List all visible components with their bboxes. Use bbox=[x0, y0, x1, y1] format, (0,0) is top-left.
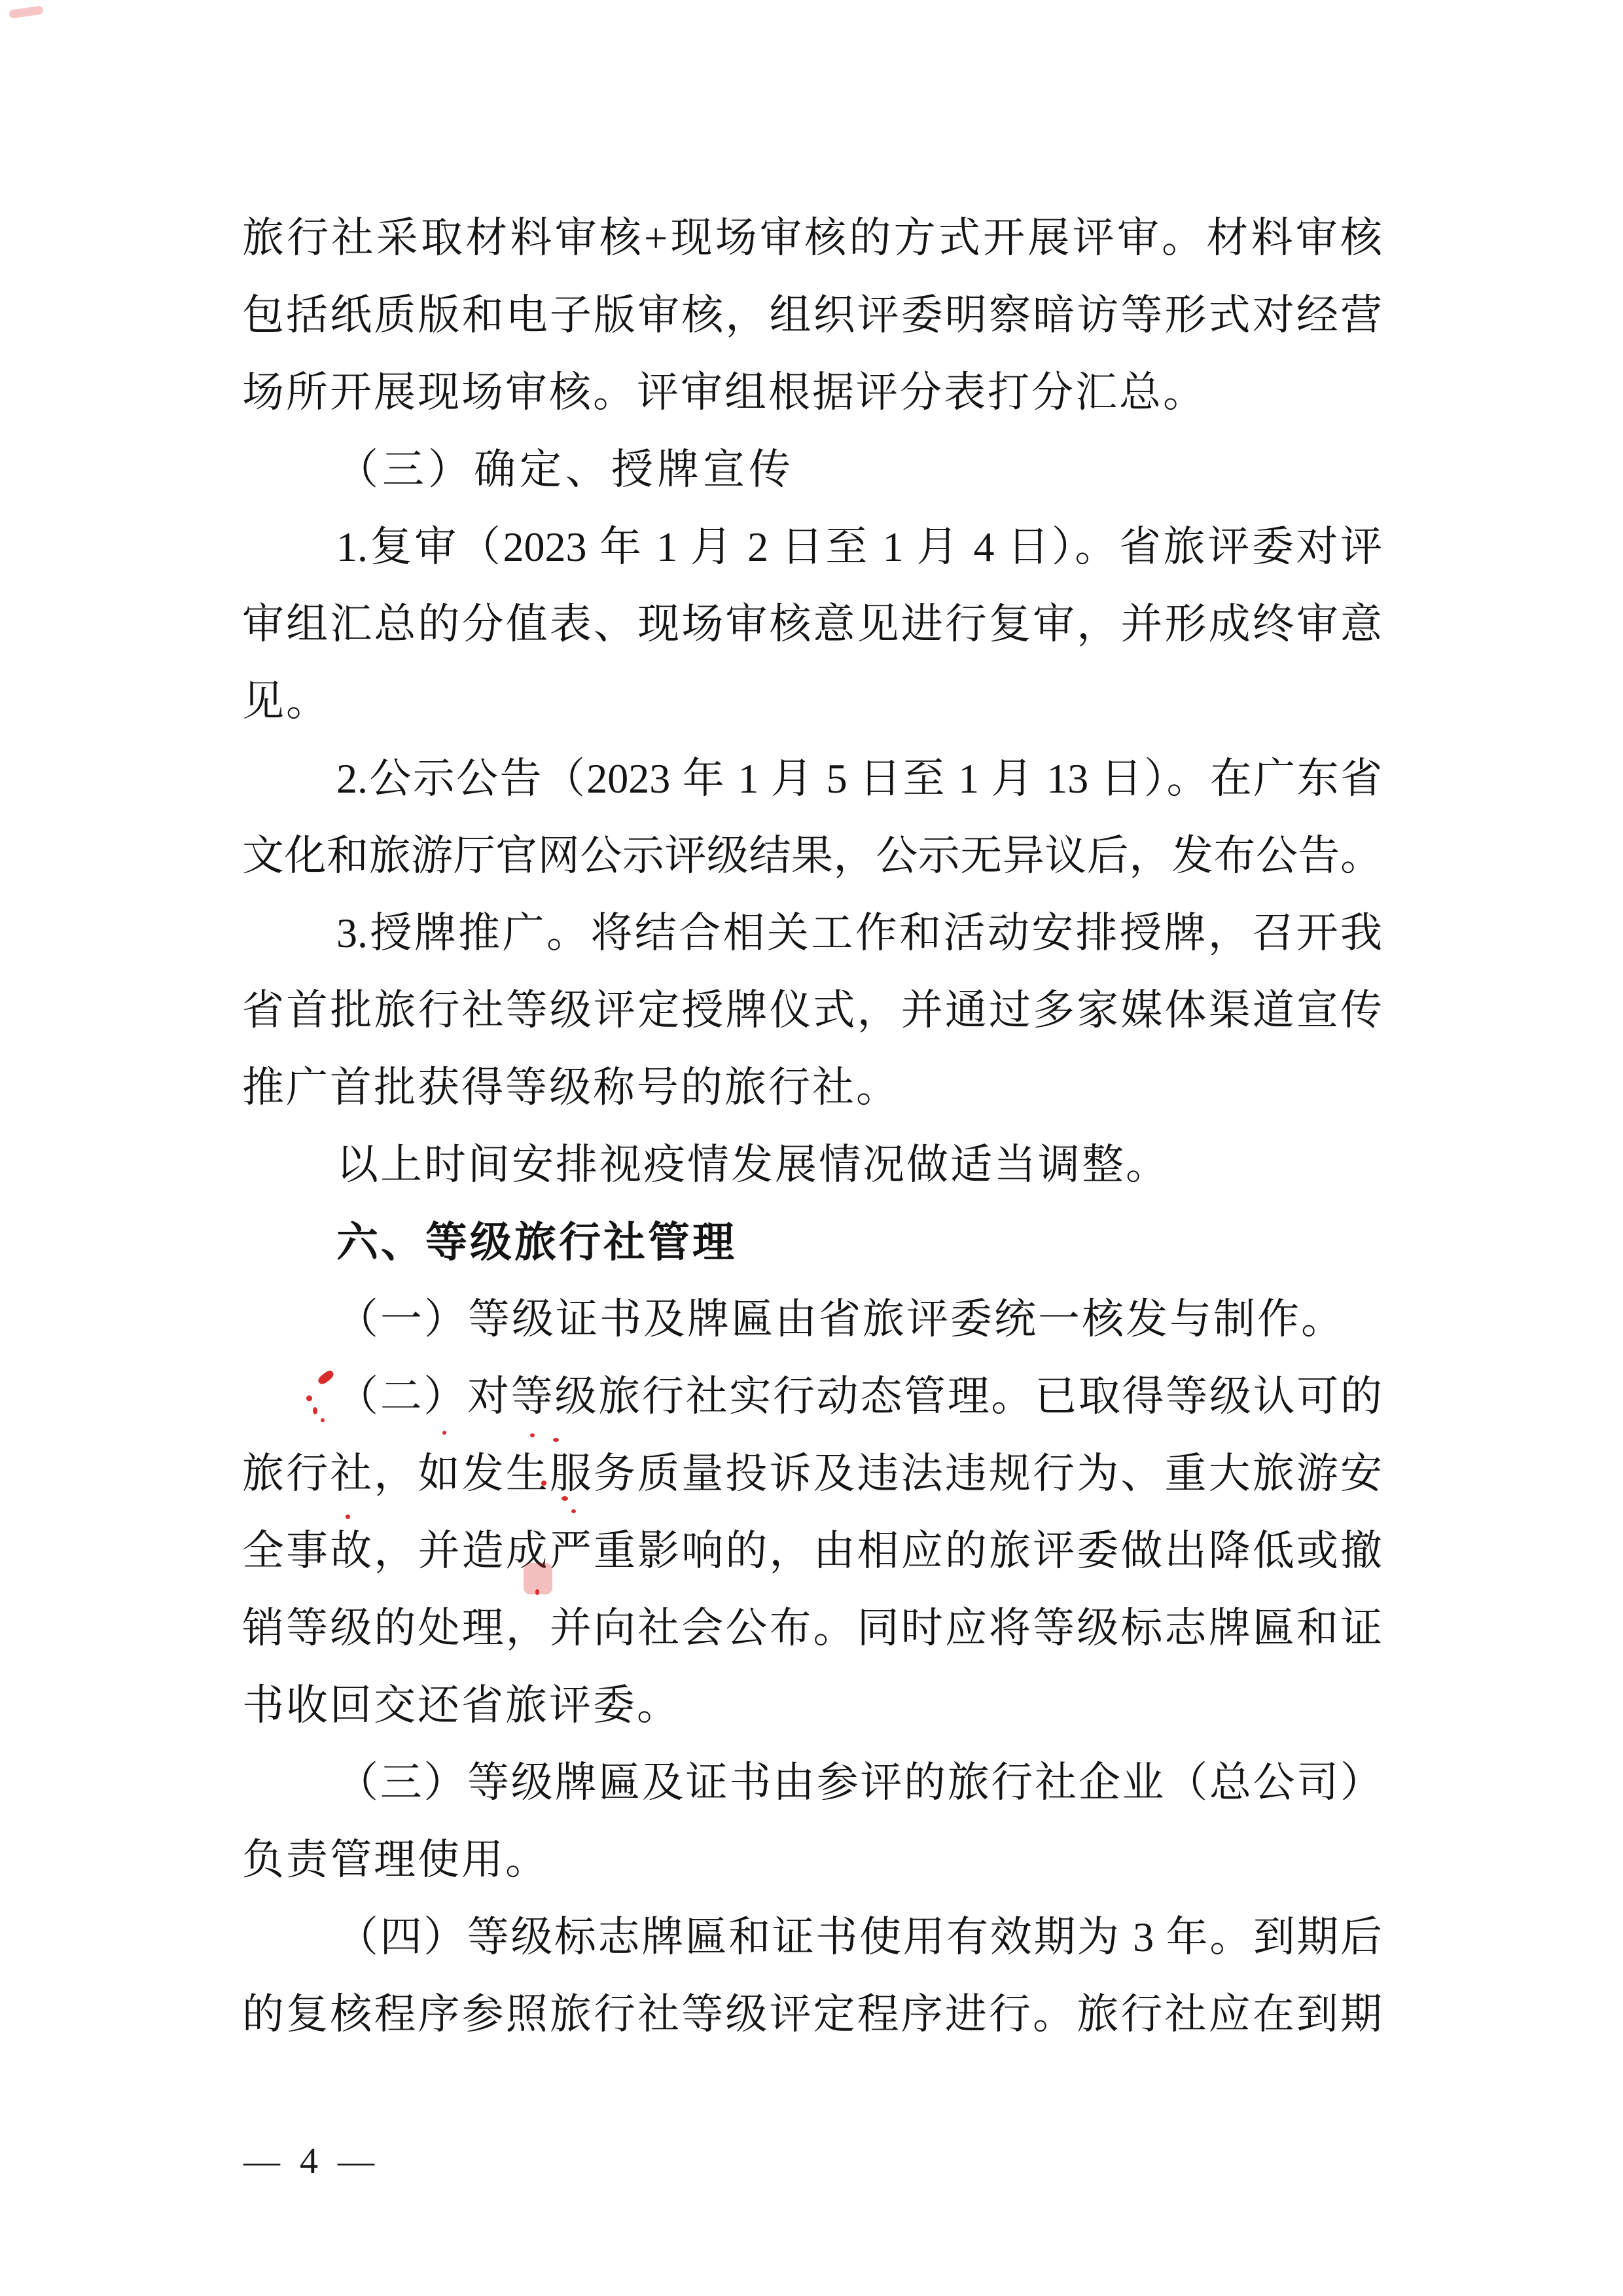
faint-ink-smudge bbox=[9, 5, 43, 18]
text-line: 旅行社，如发生服务质量投诉及违法违规行为、重大旅游安 bbox=[242, 1435, 1382, 1513]
text-line: （三）等级牌匾及证书由参评的旅行社企业（总公司） bbox=[242, 1744, 1382, 1821]
red-ink-speck bbox=[346, 1515, 350, 1519]
red-ink-speck bbox=[321, 1418, 325, 1422]
text-line: （一）等级证书及牌匾由省旅评委统一核发与制作。 bbox=[242, 1281, 1382, 1358]
text-line: 以上时间安排视疫情发展情况做适当调整。 bbox=[242, 1126, 1382, 1204]
text-line: 销等级的处理，并向社会公布。同时应将等级标志牌匾和证 bbox=[242, 1590, 1382, 1667]
text-line: 3.授牌推广。将结合相关工作和活动安排授牌，召开我 bbox=[242, 895, 1382, 972]
text-line: 包括纸质版和电子版审核，组织评委明察暗访等形式对经营 bbox=[242, 277, 1382, 354]
text-line: （四）等级标志牌匾和证书使用有效期为 3 年。到期后 bbox=[242, 1899, 1382, 1976]
text-line: 推广首批获得等级称号的旅行社。 bbox=[242, 1049, 1382, 1126]
text-line: 书收回交还省旅评委。 bbox=[242, 1667, 1382, 1744]
document-body: 旅行社采取材料审核+现场审核的方式开展评审。材料审核 包括纸质版和电子版审核，组… bbox=[242, 200, 1382, 2053]
text-line: 的复核程序参照旅行社等级评定程序进行。旅行社应在到期 bbox=[242, 1976, 1382, 2053]
text-line: 场所开展现场审核。评审组根据评分表打分汇总。 bbox=[242, 354, 1382, 431]
red-ink-speck bbox=[553, 1438, 559, 1442]
text-line: 审组汇总的分值表、现场审核意见进行复审，并形成终审意 bbox=[242, 586, 1382, 663]
page-number: — 4 — bbox=[243, 2142, 380, 2181]
red-ink-speck bbox=[562, 1496, 568, 1501]
text-line: （二）对等级旅行社实行动态管理。已取得等级认可的 bbox=[242, 1358, 1382, 1435]
red-ink-speck bbox=[535, 1589, 539, 1595]
text-line: 文化和旅游厅官网公示评级结果，公示无异议后，发布公告。 bbox=[242, 817, 1382, 895]
text-line: 全事故，并造成严重影响的，由相应的旅评委做出降低或撤 bbox=[242, 1513, 1382, 1590]
red-ink-speck bbox=[541, 1480, 546, 1486]
red-ink-speck bbox=[306, 1395, 312, 1401]
chapter-heading-6: 六、等级旅行社管理 bbox=[242, 1204, 1382, 1281]
red-ink-speck bbox=[313, 1407, 317, 1414]
red-ink-speck bbox=[571, 1509, 576, 1513]
text-line: 旅行社采取材料审核+现场审核的方式开展评审。材料审核 bbox=[242, 200, 1382, 277]
red-ink-speck bbox=[530, 1433, 535, 1437]
text-line: 2.公示公告（2023 年 1 月 5 日至 1 月 13 日）。在广东省 bbox=[242, 740, 1382, 817]
text-line: 负责管理使用。 bbox=[242, 1821, 1382, 1899]
text-line: 1.复审（2023 年 1 月 2 日至 1 月 4 日）。省旅评委对评 bbox=[242, 509, 1382, 586]
section-heading-3: （三）确定、授牌宣传 bbox=[242, 431, 1382, 509]
scanned-document-page: 旅行社采取材料审核+现场审核的方式开展评审。材料审核 包括纸质版和电子版审核，组… bbox=[0, 0, 1623, 2296]
text-line: 见。 bbox=[242, 663, 1382, 740]
red-ink-speck bbox=[442, 1431, 446, 1435]
text-line: 省首批旅行社等级评定授牌仪式，并通过多家媒体渠道宣传 bbox=[242, 972, 1382, 1049]
